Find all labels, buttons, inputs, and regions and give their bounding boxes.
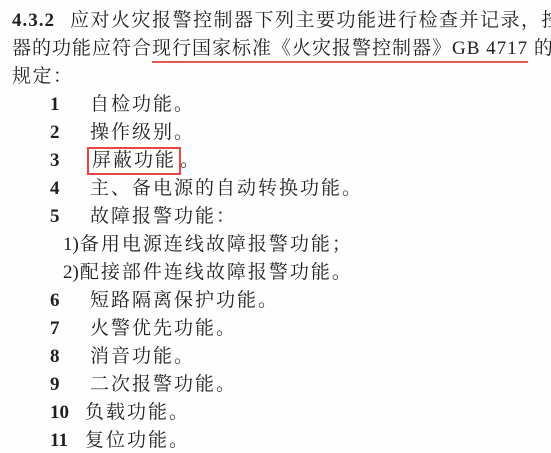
item-text-tail: 。 [180,150,201,171]
list-item: 4主、备电源的自动转换功能。 [12,175,541,203]
item-text: 二次报警功能。 [90,374,237,395]
sub-item-number: 2) [63,262,79,283]
item-number: 8 [50,343,76,371]
item-number: 1 [50,91,76,119]
item-number: 2 [50,119,76,147]
list-item: 9二次报警功能。 [12,371,541,399]
list-item: 3屏蔽功能。 [12,147,541,175]
item-number: 10 [50,399,76,427]
item-number: 3 [50,147,76,175]
list-item: 1自检功能。 [12,91,541,119]
item-text: 消音功能。 [90,346,195,367]
item-text: 复位功能。 [85,430,190,451]
paragraph-text-2-suffix: 的 [528,38,551,59]
item-number: 7 [50,315,76,343]
paragraph-text-3: 规定： [12,66,74,87]
list-item: 6短路隔离保护功能。 [12,287,541,315]
sub-item-text: 配接部件连线故障报警功能。 [80,262,353,283]
item-text: 主、备电源的自动转换功能。 [90,178,363,199]
item-number: 9 [50,371,76,399]
paragraph-line-3: 规定： [12,63,541,91]
red-box-annotation: 屏蔽功能 [87,147,181,175]
item-number: 6 [50,287,76,315]
item-text: 短路隔离保护功能。 [90,290,279,311]
item-number: 5 [50,203,76,231]
list-item: 11复位功能。 [12,427,541,453]
list-item: 5故障报警功能： [12,203,541,231]
paragraph-line-1: 4.3.2应对火灾报警控制器下列主要功能进行检查并记录，控制 [12,7,541,35]
list-item: 8消音功能。 [12,343,541,371]
document-page: 4.3.2应对火灾报警控制器下列主要功能进行检查并记录，控制 器的功能应符合现行… [0,0,551,453]
item-text: 故障报警功能： [90,206,237,227]
red-underline-annotation: 现行国家标准《火灾报警控制器》GB 4717 [152,38,528,63]
clause-number: 4.3.2 [12,10,55,31]
paragraph-text-2-prefix: 器的功能应符合 [12,38,152,59]
item-number: 11 [50,427,76,453]
paragraph-text-1: 应对火灾报警控制器下列主要功能进行检查并记录，控制 [70,10,551,31]
item-text: 火警优先功能。 [90,318,237,339]
sub-list-item: 2)配接部件连线故障报警功能。 [12,259,541,287]
list-item: 7火警优先功能。 [12,315,541,343]
sub-item-number: 1) [63,234,79,255]
list-item: 2操作级别。 [12,119,541,147]
item-number: 4 [50,175,76,203]
sub-list-item: 1)备用电源连线故障报警功能； [12,231,541,259]
item-text: 负载功能。 [85,402,190,423]
list-item: 10负载功能。 [12,399,541,427]
item-text: 操作级别。 [90,122,195,143]
item-text: 自检功能。 [90,94,195,115]
sub-item-text: 备用电源连线故障报警功能； [80,234,353,255]
paragraph-line-2: 器的功能应符合现行国家标准《火灾报警控制器》GB 4717 的 [12,35,541,63]
